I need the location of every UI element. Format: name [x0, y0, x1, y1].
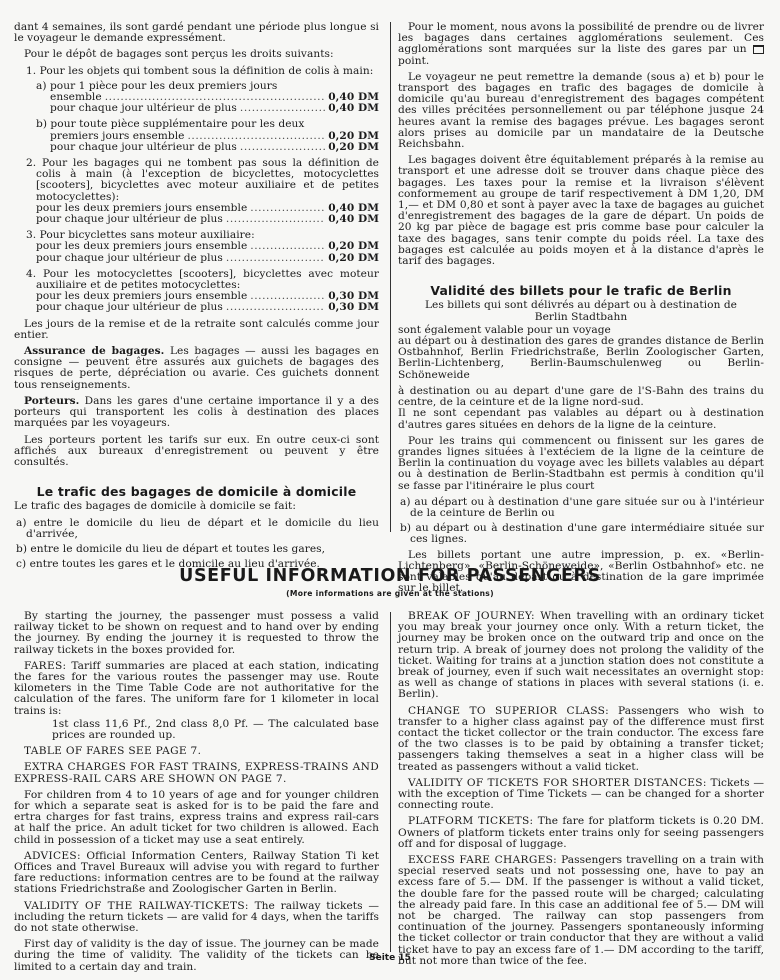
moment-paragraph: Pour le moment, nous avons la possibilit… — [398, 22, 764, 67]
fee-item-3-rows: pour les deux premiers jours ensemble0,2… — [36, 241, 379, 263]
start-paragraph: By starting the journey, the passenger m… — [14, 611, 379, 656]
fee-item-1a: a) pour 1 pièce pour les deux premiers j… — [36, 81, 379, 115]
fee-row: pour chaque jour ultérieur de plus0,20 D… — [50, 142, 379, 153]
trains-item-a: a) au départ ou à destination d'une gare… — [398, 497, 764, 519]
fee-item-1: 1. Pour les objets qui tombent sous la d… — [24, 66, 379, 77]
advices-paragraph: ADVICES: Official Information Centers, R… — [14, 851, 379, 896]
page-title: USEFUL INFORMATION FOR PASSENGERS — [0, 566, 780, 586]
domicile-intro: Le trafic des bagages de domicile à domi… — [14, 501, 379, 512]
sbahn-paragraph: à destination ou au depart d'une gare de… — [398, 386, 764, 408]
domicile-item-a: a) entre le domicile du lieu de départ e… — [14, 518, 379, 540]
fare-rates: 1st class 11,6 Pf., 2nd class 8,0 Pf. — … — [52, 719, 379, 741]
intro-paragraph: dant 4 semaines, ils sont gardé pendant … — [14, 22, 379, 44]
fee-item-1b: b) pour toute pièce supplémentaire pour … — [36, 119, 379, 153]
fee-row: pour les deux premiers jours ensemble0,2… — [36, 241, 379, 252]
fee-row: pour chaque jour ultérieur de plus0,40 D… — [36, 214, 379, 225]
fees-intro: Pour le dépôt de bagages sont perçus les… — [14, 49, 379, 60]
porters-paragraph: Porteurs. Dans les gares d'une certaine … — [14, 396, 379, 430]
stadtbahn-label: Berlin Stadtbahn — [398, 312, 764, 323]
extra-charges: EXTRA CHARGES FOR FAST TRAINS, EXPRESS-T… — [14, 762, 379, 784]
fee-row: pour chaque jour ultérieur de plus0,40 D… — [50, 103, 379, 114]
fee-item-1b-label: b) pour toute pièce supplémentaire pour … — [36, 119, 379, 130]
fee-item-2-rows: pour les deux premiers jours ensemble0,4… — [36, 203, 379, 225]
validity-paragraph: VALIDITY OF THE RAILWAY-TICKETS: The rai… — [14, 901, 379, 935]
voyageur-paragraph: Le voyageur ne peut remettre la demande … — [398, 72, 764, 150]
shorter-distances-paragraph: VALIDITY OF TICKETS FOR SHORTER DISTANCE… — [398, 778, 764, 812]
billets-paragraph: Les billets qui sont délivrés au départ … — [398, 300, 764, 311]
column-divider-top — [390, 22, 391, 532]
fee-row: pour chaque jour ultérieur de plus0,30 D… — [36, 302, 379, 313]
trains-paragraph: Pour les trains qui commencent ou finiss… — [398, 436, 764, 492]
cependant-paragraph: Il ne sont cependant pas valables au dép… — [398, 408, 764, 430]
insurance-paragraph: Assurance de bagages. Les bagages — auss… — [14, 346, 379, 391]
english-left-column: By starting the journey, the passenger m… — [14, 611, 379, 978]
french-left-column: dant 4 semaines, ils sont gardé pendant … — [14, 22, 379, 574]
station-marker-icon — [753, 45, 764, 54]
fee-item-4-rows: pour les deux premiers jours ensemble0,3… — [36, 291, 379, 313]
trains-item-b: b) au départ ou à destination d'une gare… — [398, 523, 764, 545]
change-class-paragraph: CHANGE TO SUPERIOR CLASS: Passengers who… — [398, 706, 764, 773]
table-of-fares: TABLE OF FARES SEE PAGE 7. — [14, 746, 379, 757]
days-paragraph: Les jours de la remise et de la retraite… — [14, 319, 379, 341]
section-heading-domicile: Le trafic des bagages de domicile à domi… — [14, 486, 379, 497]
gares-paragraph: au départ ou à destination des gares de … — [398, 336, 764, 381]
fee-item-2: 2. Pour les bagages qui ne tombent pas s… — [24, 158, 379, 203]
taxes-paragraph: Les bagages doivent être équitablement p… — [398, 155, 764, 267]
fares-paragraph: FARES: Tariff summaries are placed at ea… — [14, 661, 379, 717]
page-number: Seite 15 — [0, 953, 780, 963]
page-subtitle: (More informations are given at the stat… — [0, 589, 780, 598]
fee-item-4: 4. Pour les motocyclettes [scooters], bi… — [24, 269, 379, 291]
english-right-column: BREAK OF JOURNEY: When travelling with a… — [398, 611, 764, 972]
fee-row: pour chaque jour ultérieur de plus0,20 D… — [36, 253, 379, 264]
porters-tariffs-paragraph: Les porteurs portent les tarifs sur eux.… — [14, 435, 379, 469]
children-paragraph: For children from 4 to 10 years of age a… — [14, 790, 379, 846]
french-right-column: Pour le moment, nous avons la possibilit… — [398, 22, 764, 599]
excess-fare-paragraph: EXCESS FARE CHARGES: Passengers travelli… — [398, 855, 764, 967]
break-paragraph: BREAK OF JOURNEY: When travelling with a… — [398, 611, 764, 701]
column-divider-bottom — [390, 612, 391, 952]
domicile-item-b: b) entre le domicile du lieu de départ e… — [14, 544, 379, 555]
platform-tickets-paragraph: PLATFORM TICKETS: The fare for platform … — [398, 816, 764, 850]
section-heading-berlin: Validité des billets pour le trafic de B… — [398, 285, 764, 296]
